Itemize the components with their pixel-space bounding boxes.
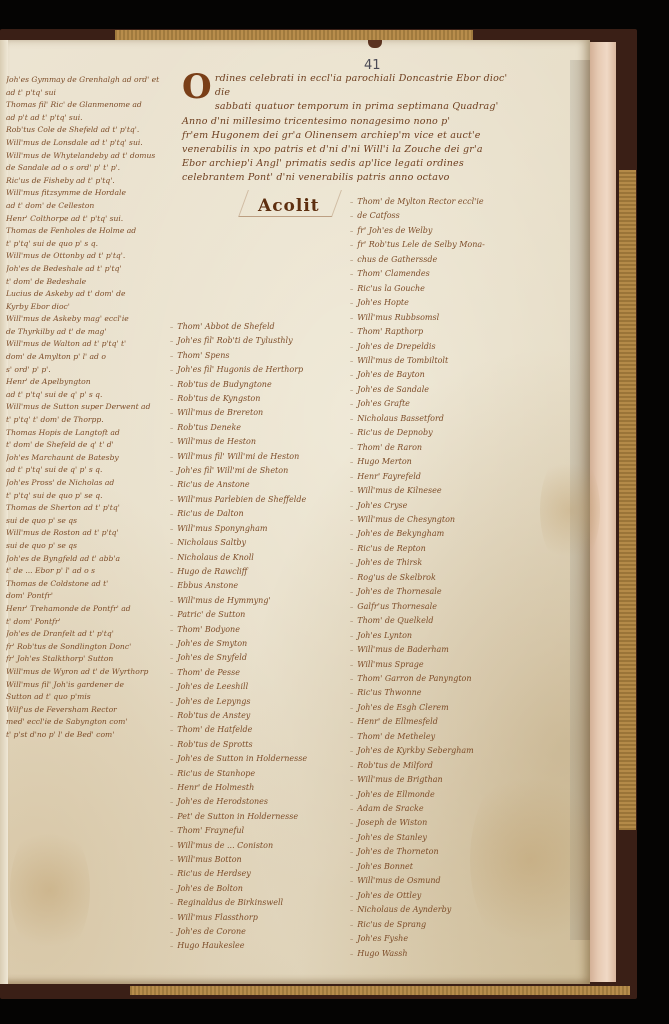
register-entry: –Rog'us de Skelbrok	[350, 571, 560, 585]
entry-mark-icon: –	[350, 256, 353, 264]
register-entry: –Ric'us Thwonne	[350, 686, 560, 700]
entry-name: Henr' de Apelbyngton	[6, 377, 91, 386]
register-entry: –Ric'us de Stanhope	[170, 767, 340, 781]
entry-name: Joh'es de Bekyngham	[357, 529, 444, 538]
right-column-entries: –Thom' de Mylton Rector eccl'ie–de Catfo…	[350, 195, 560, 961]
register-entry: Thomas Hopis de Langtoft ad	[6, 427, 176, 440]
register-entry: –Will'mus de Brigthan	[350, 773, 560, 787]
entry-mark-icon: –	[350, 603, 353, 611]
register-entry: dom' Pontfr'	[6, 590, 176, 603]
entry-name: ad p't ad t' p'tq' sui.	[6, 113, 83, 122]
register-entry: –Joh'es de Leeshill	[170, 680, 340, 694]
entry-name: Thom' Garron de Panyngton	[357, 674, 471, 683]
register-entry: –Pet' de Sutton in Holdernesse	[170, 810, 340, 824]
register-entry: Kyrby Ebor dioc'	[6, 301, 176, 314]
register-entry: Will'mus de Walton ad t' p'tq' t'	[6, 338, 176, 351]
entry-mark-icon: –	[350, 848, 353, 856]
register-entry: de Thyrkilby ad t' de mag'	[6, 326, 176, 339]
register-entry: Thomas de Coldstone ad t'	[6, 578, 176, 591]
register-entry: ad p't ad t' p'tq' sui.	[6, 112, 176, 125]
register-entry: –Joh'es de Lepyngs	[170, 695, 340, 709]
entry-name: Joh'es de Stanley	[357, 833, 427, 842]
register-entry: –Reginaldus de Birkinswell	[170, 896, 340, 910]
register-entry: –Joh'es de Bayton	[350, 368, 560, 382]
entry-mark-icon: –	[350, 950, 353, 958]
entry-name: Joh'es de Lepyngs	[177, 697, 250, 706]
entry-name: Will'mus fil' Will'mi de Heston	[177, 452, 299, 461]
entry-mark-icon: –	[350, 530, 353, 538]
entry-mark-icon: –	[170, 654, 173, 662]
entry-name: Thom' de Pesse	[177, 668, 240, 677]
entry-mark-icon: –	[170, 856, 173, 864]
register-entry: –Joh'es fil' Rob'ti de Tylusthly	[170, 334, 340, 348]
register-entry: –Joh'es de Bolton	[170, 882, 340, 896]
entry-mark-icon: –	[170, 337, 173, 345]
register-entry: –Joh'es de Corone	[170, 925, 340, 939]
register-entry: –Thom' Clamendes	[350, 267, 560, 281]
entry-name: t' dom' de Shefeld de q' t' d'	[6, 440, 114, 449]
register-entry: –Joh'es fil' Will'mi de Sheton	[170, 464, 340, 478]
entry-mark-icon: –	[170, 409, 173, 417]
entry-mark-icon: –	[170, 510, 173, 518]
entry-name: Joh'es Grafte	[357, 399, 410, 408]
register-entry: –Will'mus de Heston	[170, 435, 340, 449]
entry-mark-icon: –	[350, 646, 353, 654]
entry-mark-icon: –	[170, 798, 173, 806]
entry-mark-icon: –	[350, 747, 353, 755]
entry-mark-icon: –	[350, 718, 353, 726]
entry-mark-icon: –	[350, 473, 353, 481]
register-entry: –Joh'es Grafte	[350, 397, 560, 411]
entry-mark-icon: –	[170, 755, 173, 763]
entry-name: Thom' de Metheley	[357, 732, 435, 741]
register-entry: t' dom' de Shefeld de q' t' d'	[6, 439, 176, 452]
entry-name: ad t' dom' de Celleston	[6, 201, 94, 210]
register-entry: –Will'mus Parlebien de Sheffelde	[170, 493, 340, 507]
entry-mark-icon: –	[350, 805, 353, 813]
ordination-heading: O rdines celebrati in eccl'ia parochiali…	[182, 72, 522, 186]
register-entry: –Will'mus de Osmund	[350, 874, 560, 888]
left-column-entries: Joh'es Gymmay de Grenhalgh ad ord' etad …	[6, 74, 176, 741]
register-entry: –Will'mus fil' Will'mi de Heston	[170, 450, 340, 464]
entry-name: Hugo Haukeslee	[177, 941, 244, 950]
entry-name: fr' Joh'es Stalkthorp' Sutton	[6, 654, 113, 663]
register-entry: Rob'tus Cole de Shefeld ad t' p'tq'.	[6, 124, 176, 137]
entry-name: Will'mus de Baderham	[357, 645, 449, 654]
register-entry: –Joh'es de Sutton in Holdernesse	[170, 752, 340, 766]
register-entry: –Joh'es de Drepeldis	[350, 340, 560, 354]
entry-name: Joh'es Hopte	[357, 298, 409, 307]
entry-mark-icon: –	[350, 328, 353, 336]
entry-name: Thom' Bodyone	[177, 625, 240, 634]
register-entry: –Joseph de Wiston	[350, 816, 560, 830]
entry-name: fr' Rob'tus de Sondlington Donc'	[6, 642, 131, 651]
entry-name: Ric'us de Stanhope	[177, 769, 255, 778]
entry-name: dom' de Amylton p' l' ad o	[6, 352, 106, 361]
register-entry: ad t' p'tq' sui	[6, 87, 176, 100]
register-entry: t' p'tq' sui de quo p' s q.	[6, 238, 176, 251]
entry-name: Will'mus de Sutton super Derwent ad	[6, 402, 150, 411]
register-entry: –Joh'es de Sandale	[350, 383, 560, 397]
entry-name: Will'mus fil' Joh'is gardener de	[6, 680, 124, 689]
register-entry: –Rob'tus de Milford	[350, 759, 560, 773]
register-entry: –Will'mus de Brereton	[170, 406, 340, 420]
entry-name: Wilf'us de Feversham Rector	[6, 705, 117, 714]
entry-mark-icon: –	[170, 914, 173, 922]
register-entry: Will'mus de Lonsdale ad t' p'tq' sui.	[6, 137, 176, 150]
entry-name: Hugo Wassh	[357, 949, 407, 958]
register-entry: t' p'tq' t' dom' de Thorpp.	[6, 414, 176, 427]
register-entry: Joh'es de Dranfelt ad t' p'tq'	[6, 628, 176, 641]
entry-name: Joh'es fil' Rob'ti de Tylusthly	[177, 336, 292, 345]
entry-mark-icon: –	[170, 366, 173, 374]
register-entry: –Will'mus Flassthorp	[170, 911, 340, 925]
register-entry: Ric'us de Fisheby ad t' p'tq'.	[6, 175, 176, 188]
entry-name: Joh'es de Sandale	[357, 385, 429, 394]
register-entry: –Will'mus de Kilnesee	[350, 484, 560, 498]
entry-name: Thom' Rapthorp	[357, 327, 423, 336]
heading-line: fr'em Hugonem dei gr'a Olinensem archiep…	[182, 129, 522, 143]
register-entry: –Ric'us de Depnoby	[350, 426, 560, 440]
register-entry: s' ord' p' p'.	[6, 364, 176, 377]
binding-cloth-bottom	[130, 986, 630, 995]
register-entry: Henr' Trehamonde de Pontfr' ad	[6, 603, 176, 616]
entry-name: Ebbus Anstone	[177, 581, 238, 590]
register-entry: –Hugo Wassh	[350, 947, 560, 961]
entry-name: Nicholaus de Aynderby	[357, 905, 451, 914]
entry-mark-icon: –	[170, 539, 173, 547]
entry-name: Will'mus de Ottonby ad t' p'tq'.	[6, 251, 125, 260]
entry-mark-icon: –	[350, 343, 353, 351]
register-entry: –fr' Rob'tus Lele de Selby Mona-	[350, 238, 560, 252]
register-entry: –Joh'es Bonnet	[350, 860, 560, 874]
register-entry: de Sandale ad o s ord' p' t' p'.	[6, 162, 176, 175]
heading-line: celebrantem Pont' d'ni venerabilis patri…	[182, 171, 522, 185]
entry-mark-icon: –	[350, 299, 353, 307]
entry-name: Thomas de Coldstone ad t'	[6, 579, 108, 588]
register-entry: –Joh'es Lynton	[350, 629, 560, 643]
entry-mark-icon: –	[170, 712, 173, 720]
register-entry: med' eccl'ie de Sabyngton com'	[6, 716, 176, 729]
entry-mark-icon: –	[170, 885, 173, 893]
register-entry: –Ric'us de Herdsey	[170, 867, 340, 881]
register-entry: Joh'es Pross' de Nicholas ad	[6, 477, 176, 490]
entry-mark-icon: –	[350, 675, 353, 683]
entry-name: t' dom' Pontfr'	[6, 617, 61, 626]
register-entry: –Joh'es de Bekyngham	[350, 527, 560, 541]
entry-mark-icon: –	[350, 906, 353, 914]
entry-mark-icon: –	[170, 683, 173, 691]
entry-name: Thomas de Fenholes de Holme ad	[6, 226, 136, 235]
entry-name: Will'mus de Wyron ad t' de Wyrthorp	[6, 667, 148, 676]
entry-mark-icon: –	[350, 429, 353, 437]
register-entry: –Will'mus Sponyngham	[170, 522, 340, 536]
entry-mark-icon: –	[170, 726, 173, 734]
entry-name: Pet' de Sutton in Holdernesse	[177, 812, 298, 821]
register-entry: t' de ... Ebor p' l' ad o s	[6, 565, 176, 578]
entry-name: Will'mus Sprage	[357, 660, 423, 669]
entry-mark-icon: –	[170, 352, 173, 360]
register-entry: Thomas de Sherton ad t' p'tq'	[6, 502, 176, 515]
register-entry: –Joh'es de Ellmonde	[350, 788, 560, 802]
register-entry: –de Catfoss	[350, 209, 560, 223]
entry-name: chus de Gatherssde	[357, 255, 437, 264]
entry-mark-icon: –	[170, 899, 173, 907]
entry-name: Patric' de Sutton	[177, 610, 245, 619]
register-entry: –Nicholaus de Aynderby	[350, 903, 560, 917]
entry-mark-icon: –	[170, 942, 173, 950]
entry-mark-icon: –	[350, 458, 353, 466]
register-entry: –Hugo Haukeslee	[170, 939, 340, 953]
register-entry: –chus de Gatherssde	[350, 253, 560, 267]
entry-name: Joh'es de Sutton in Holdernesse	[177, 754, 307, 763]
register-entry: –Joh'es de Kyrkby Sebergham	[350, 744, 560, 758]
register-entry: –Rob'tus de Sprotts	[170, 738, 340, 752]
entry-name: Thom' de Mylton Rector eccl'ie	[357, 197, 483, 206]
register-entry: –fr' Joh'es de Welby	[350, 224, 560, 238]
register-entry: dom' de Amylton p' l' ad o	[6, 351, 176, 364]
heading-line: Anno d'ni millesimo tricentesimo nonages…	[182, 115, 522, 129]
entry-name: Joh'es Pross' de Nicholas ad	[6, 478, 114, 487]
register-entry: –Thom' Frayneful	[170, 824, 340, 838]
register-entry: –Joh'es de Ottley	[350, 889, 560, 903]
entry-name: Joh'es de Ellmonde	[357, 790, 435, 799]
register-entry: –Joh'es Fyshe	[350, 932, 560, 946]
register-entry: –Will'mus Rubbsomsl	[350, 311, 560, 325]
entry-mark-icon: –	[350, 415, 353, 423]
entry-mark-icon: –	[350, 733, 353, 741]
entry-name: de Catfoss	[357, 211, 400, 220]
register-entry: ad t' dom' de Celleston	[6, 200, 176, 213]
entry-mark-icon: –	[170, 597, 173, 605]
entry-mark-icon: –	[350, 704, 353, 712]
entry-mark-icon: –	[350, 863, 353, 871]
entry-name: Joh'es fil' Hugonis de Herthorp	[177, 365, 303, 374]
entry-name: dom' Pontfr'	[6, 591, 53, 600]
register-entry: –Will'mus de Chesyngton	[350, 513, 560, 527]
entry-name: de Thyrkilby ad t' de mag'	[6, 327, 106, 336]
register-entry: t' p'tq' sui de quo p' se q.	[6, 490, 176, 503]
entry-name: Thom' Frayneful	[177, 826, 244, 835]
entry-name: Will'mus de Chesyngton	[357, 515, 455, 524]
entry-name: Rob'tus de Budyngtone	[177, 380, 271, 389]
register-entry: t' dom' de Bedeshale	[6, 276, 176, 289]
entry-mark-icon: –	[350, 502, 353, 510]
register-entry: Will'mus de Askeby mag' eccl'ie	[6, 313, 176, 326]
register-entry: fr' Joh'es Stalkthorp' Sutton	[6, 653, 176, 666]
entry-name: Hugo de Rawcliff	[177, 567, 247, 576]
entry-mark-icon: –	[350, 212, 353, 220]
entry-mark-icon: –	[170, 611, 173, 619]
register-entry: –Rob'tus Deneke	[170, 421, 340, 435]
entry-name: Henr' Colthorpe ad t' p'tq' sui.	[6, 214, 123, 223]
register-entry: –Joh'es de Thorneton	[350, 845, 560, 859]
entry-mark-icon: –	[170, 438, 173, 446]
entry-name: ad t' p'tq' sui	[6, 88, 56, 97]
entry-name: Joh'es de Herodstones	[177, 797, 268, 806]
entry-name: Kyrby Ebor dioc'	[6, 302, 70, 311]
entry-name: Nicholaus de Knoll	[177, 553, 254, 562]
register-entry: –Joh'es de Smyton	[170, 637, 340, 651]
entry-name: Joh'es de Drepeldis	[357, 342, 435, 351]
register-entry: Joh'es Gymmay de Grenhalgh ad ord' et	[6, 74, 176, 87]
entry-mark-icon: –	[350, 776, 353, 784]
register-entry: –Thom' de Mylton Rector eccl'ie	[350, 195, 560, 209]
entry-name: Henr' Fayrefeld	[357, 472, 421, 481]
entry-name: Thom' Clamendes	[357, 269, 430, 278]
register-entry: –Ric'us de Repton	[350, 542, 560, 556]
register-entry: Will'mus de Roston ad t' p'tq'	[6, 527, 176, 540]
entry-mark-icon: –	[350, 791, 353, 799]
register-entry: Lucius de Askeby ad t' dom' de	[6, 288, 176, 301]
entry-mark-icon: –	[350, 285, 353, 293]
register-entry: –Thom' de Pesse	[170, 666, 340, 680]
register-entry: –Adam de Sracke	[350, 802, 560, 816]
entry-name: Joh'es de Snyfeld	[177, 653, 247, 662]
entry-mark-icon: –	[350, 516, 353, 524]
register-entry: ad t' p'tq' sui de q' p' s q.	[6, 464, 176, 477]
entry-name: Will'mus de Osmund	[357, 876, 440, 885]
register-entry: –Ric'us de Anstone	[170, 478, 340, 492]
middle-column-entries: –Thom' Abbot de Shefeld–Joh'es fil' Rob'…	[170, 320, 340, 954]
entry-name: Joh'es de Bayton	[357, 370, 425, 379]
register-entry: Will'mus de Ottonby ad t' p'tq'.	[6, 250, 176, 263]
register-entry: –Ric'us la Gouche	[350, 282, 560, 296]
entry-name: Will'mus de Hymmyng'	[177, 596, 270, 605]
entry-mark-icon: –	[170, 770, 173, 778]
register-entry: Joh'es Marchaunt de Batesby	[6, 452, 176, 465]
entry-name: Joh'es de Byngfeld ad t' abb'a	[6, 554, 120, 563]
heading-line: venerabilis in xpo patris et d'ni d'ni W…	[182, 143, 522, 157]
register-entry: –Joh'es Hopte	[350, 296, 560, 310]
register-entry: Henr' de Apelbyngton	[6, 376, 176, 389]
register-entry: –Ebbus Anstone	[170, 579, 340, 593]
entry-name: Joseph de Wiston	[357, 818, 427, 827]
entry-name: Ric'us de Sprang	[357, 920, 426, 929]
entry-name: Thom' de Hatfelde	[177, 725, 252, 734]
register-entry: –Ric'us de Sprang	[350, 918, 560, 932]
entry-name: Thom' de Quelkeld	[357, 616, 433, 625]
entry-name: Joh'es Fyshe	[357, 934, 408, 943]
entry-mark-icon: –	[170, 568, 173, 576]
entry-name: Will'mus de Lonsdale ad t' p'tq' sui.	[6, 138, 143, 147]
entry-name: Will'mus Botton	[177, 855, 241, 864]
entry-mark-icon: –	[350, 935, 353, 943]
register-entry: –Thom' de Hatfelde	[170, 723, 340, 737]
entry-name: Will'mus de Askeby mag' eccl'ie	[6, 314, 129, 323]
entry-mark-icon: –	[350, 588, 353, 596]
register-entry: –Joh'es de Herodstones	[170, 795, 340, 809]
register-entry: –Patric' de Sutton	[170, 608, 340, 622]
entry-name: Lucius de Askeby ad t' dom' de	[6, 289, 125, 298]
register-entry: –Will'mus de ... Coniston	[170, 839, 340, 853]
register-entry: t' dom' Pontfr'	[6, 616, 176, 629]
register-entry: –Henr' de Ellmesfeld	[350, 715, 560, 729]
register-entry: Joh'es de Byngfeld ad t' abb'a	[6, 553, 176, 566]
heading-line: rdines celebrati in eccl'ia parochiali D…	[182, 72, 522, 100]
entry-name: Ric'us de Repton	[357, 544, 426, 553]
register-entry: –Will'mus Botton	[170, 853, 340, 867]
entry-mark-icon: –	[350, 487, 353, 495]
entry-name: Ric'us de Anstone	[177, 480, 249, 489]
entry-mark-icon: –	[170, 698, 173, 706]
register-entry: –Thom' Bodyone	[170, 623, 340, 637]
register-entry: –Rob'tus de Anstey	[170, 709, 340, 723]
entry-mark-icon: –	[350, 371, 353, 379]
register-entry: Thomas fil' Ric' de Glanmenome ad	[6, 99, 176, 112]
entry-mark-icon: –	[350, 617, 353, 625]
entry-name: Rog'us de Skelbrok	[357, 573, 436, 582]
entry-name: Rob'tus de Milford	[357, 761, 433, 770]
entry-name: Ric'us de Dalton	[177, 509, 243, 518]
entry-mark-icon: –	[350, 198, 353, 206]
entry-name: Joh'es de Thornesale	[357, 587, 441, 596]
register-entry: –Joh'es de Esgh Clerem	[350, 701, 560, 715]
entry-name: Thomas fil' Ric' de Glanmenome ad	[6, 100, 142, 109]
entry-name: Will'mus de ... Coniston	[177, 841, 273, 850]
entry-name: s' ord' p' p'.	[6, 365, 51, 374]
entry-name: Joh'es de Thorneton	[357, 847, 438, 856]
entry-mark-icon: –	[170, 453, 173, 461]
entry-name: ad t' p'tq' sui de q' p' s q.	[6, 465, 102, 474]
register-entry: Will'mus fitzsymme de Hordale	[6, 187, 176, 200]
entry-name: Joh'es de Thirsk	[357, 558, 422, 567]
register-entry: –Joh'es fil' Hugonis de Herthorp	[170, 363, 340, 377]
entry-name: Will'mus Sponyngham	[177, 524, 267, 533]
entry-name: sui de quo p' se qs	[6, 516, 77, 525]
entry-name: med' eccl'ie de Sabyngton com'	[6, 717, 127, 726]
heading-line: Ebor archiep'i Angl' primatis sedis ap'l…	[182, 157, 522, 171]
register-entry: –Joh'es de Thornesale	[350, 585, 560, 599]
entry-name: Ric'us la Gouche	[357, 284, 425, 293]
entry-name: Joh'es Cryse	[357, 501, 407, 510]
entry-name: Ric'us Thwonne	[357, 688, 421, 697]
register-entry: Will'mus de Wyron ad t' de Wyrthorp	[6, 666, 176, 679]
register-entry: –Nicholaus Bassetford	[350, 412, 560, 426]
entry-name: Will'mus de Brigthan	[357, 775, 442, 784]
entry-name: Joh'es de Leeshill	[177, 682, 248, 691]
entry-name: Will'mus Rubbsomsl	[357, 313, 439, 322]
entry-name: Joh'es de Bolton	[177, 884, 243, 893]
entry-name: Henr' de Ellmesfeld	[357, 717, 438, 726]
entry-mark-icon: –	[170, 424, 173, 432]
register-entry: –Rob'tus de Kyngston	[170, 392, 340, 406]
entry-mark-icon: –	[170, 323, 173, 331]
entry-mark-icon: –	[350, 241, 353, 249]
register-entry: –Thom' de Raron	[350, 441, 560, 455]
entry-name: t' p'tq' t' dom' de Thorpp.	[6, 415, 104, 424]
register-entry: –Thom' Garron de Panyngton	[350, 672, 560, 686]
entry-mark-icon: –	[170, 525, 173, 533]
entry-name: Joh'es de Kyrkby Sebergham	[357, 746, 474, 755]
entry-name: Will'mus Parlebien de Sheffelde	[177, 495, 306, 504]
entry-name: sui de quo p' se qs	[6, 541, 77, 550]
entry-name: t' p'tq' sui de quo p' s q.	[6, 239, 98, 248]
register-entry: –Thom' de Quelkeld	[350, 614, 560, 628]
entry-mark-icon: –	[350, 227, 353, 235]
register-entry: –Will'mus de Hymmyng'	[170, 594, 340, 608]
entry-mark-icon: –	[170, 554, 173, 562]
entry-name: Will'mus de Walton ad t' p'tq' t'	[6, 339, 126, 348]
entry-name: Rob'tus de Kyngston	[177, 394, 260, 403]
entry-name: Thomas de Sherton ad t' p'tq'	[6, 503, 120, 512]
entry-mark-icon: –	[170, 928, 173, 936]
entry-name: Rob'tus Cole de Shefeld ad t' p'tq'.	[6, 125, 139, 134]
register-entry: Thomas de Fenholes de Holme ad	[6, 225, 176, 238]
entry-mark-icon: –	[350, 386, 353, 394]
register-entry: t' p'st d'no p' l' de Bed' com'	[6, 729, 176, 742]
register-entry: –Henr' de Holmesth	[170, 781, 340, 795]
